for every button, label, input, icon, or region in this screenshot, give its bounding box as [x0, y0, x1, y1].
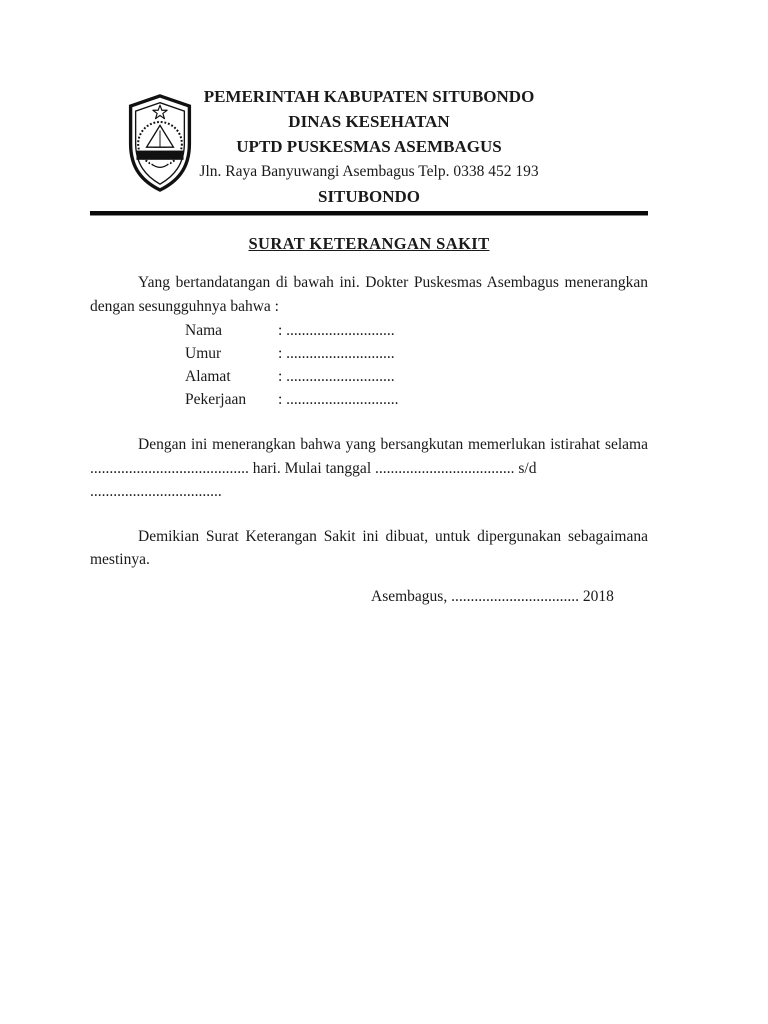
statement-paragraph: Dengan ini menerangkan bahwa yang bersan… [90, 433, 648, 504]
letterhead: PEMERINTAH KABUPATEN SITUBONDO DINAS KES… [90, 84, 648, 209]
closing-line-2: mestinya. [90, 548, 648, 572]
field-label-pekerjaan: Pekerjaan [185, 388, 278, 411]
opening-line-1: Yang bertandatangan di bawah ini. Dokter… [90, 271, 648, 295]
field-label-nama: Nama [185, 319, 278, 342]
document-page: PEMERINTAH KABUPATEN SITUBONDO DINAS KES… [0, 0, 768, 1024]
statement-line-1: Dengan ini menerangkan bahwa yang bersan… [90, 433, 648, 457]
field-value-pekerjaan: : ............................. [278, 388, 399, 411]
field-value-umur: : ............................ [278, 342, 395, 365]
field-value-alamat: : ............................ [278, 365, 395, 388]
statement-line-2: ........................................… [90, 457, 648, 504]
field-row-umur: Umur : ............................ [90, 342, 648, 365]
field-value-nama: : ............................ [278, 319, 395, 342]
field-row-pekerjaan: Pekerjaan : ............................… [90, 388, 648, 411]
shield-crest-icon [118, 93, 202, 193]
closing-line-1: Demikian Surat Keterangan Sakit ini dibu… [90, 525, 648, 549]
situbondo-seal-logo [118, 93, 202, 193]
closing-paragraph: Demikian Surat Keterangan Sakit ini dibu… [90, 525, 648, 572]
opening-paragraph: Yang bertandatangan di bawah ini. Dokter… [90, 271, 648, 318]
field-label-umur: Umur [185, 342, 278, 365]
identity-fields: Nama : ............................ Umur… [90, 319, 648, 411]
field-label-alamat: Alamat [185, 365, 278, 388]
opening-line-2: dengan sesungguhnya bahwa : [90, 295, 648, 319]
field-row-alamat: Alamat : ............................ [90, 365, 648, 388]
letterhead-divider [90, 211, 648, 216]
document-title: SURAT KETERANGAN SAKIT [90, 232, 648, 256]
field-row-nama: Nama : ............................ [90, 319, 648, 342]
signature-place-date: Asembagus, .............................… [90, 585, 648, 609]
